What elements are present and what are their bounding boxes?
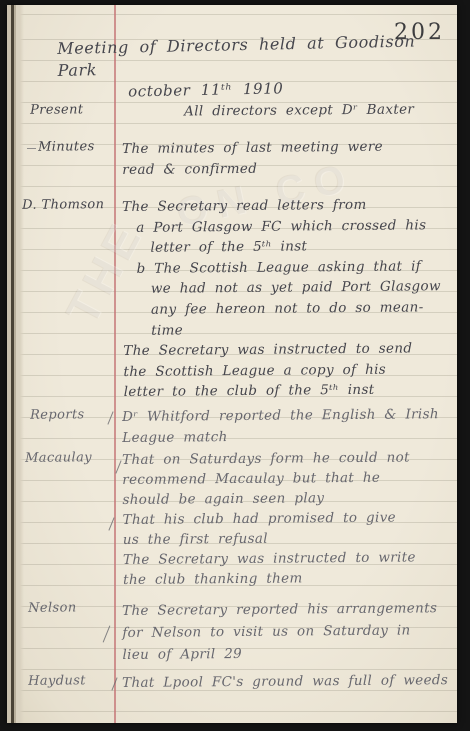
handwritten-line: for Nelson to visit us on Saturday in (122, 619, 454, 644)
minute-book-photo: THE ON CO 202 Meeting of Directors held … (0, 0, 470, 731)
margin-label: Reports (30, 407, 85, 422)
margin-label: Nelson (28, 600, 77, 615)
handwritten-line: The Secretary was instructed to write (123, 547, 455, 570)
handwritten-line: The Secretary reported his arrangements (122, 597, 454, 622)
handwritten-line: any fee hereon not to do so mean- (123, 297, 455, 320)
minute-entry-present: Present All directors except Dʳ Baxter (7, 99, 457, 124)
handwritten-line: read & confirmed (122, 157, 454, 181)
handwritten-line: letter of the 5ᵗʰ inst (122, 235, 454, 258)
margin-label: Minutes (38, 139, 95, 154)
minute-entry-haydust: Haydust That Lpool FC's ground was full … (7, 670, 457, 695)
entry-body: Dʳ Whitford reported the English & Irish… (122, 404, 454, 449)
minute-entry-minutes: Minutes The minutes of last meeting were… (7, 136, 457, 182)
handwritten-line: Dʳ Whitford reported the English & Irish (122, 404, 454, 428)
handwritten-line: letter to the club of the 5ᵗʰ inst (124, 379, 456, 402)
margin-label: Macaulay (25, 450, 92, 466)
minute-entry-reports: Reports Dʳ Whitford reported the English… (7, 404, 457, 450)
meeting-heading: Meeting of Directors held at Goodison Pa… (57, 30, 458, 104)
entry-body: The minutes of last meeting wereread & c… (122, 136, 454, 181)
margin-label: Haydust (28, 673, 86, 689)
entry-body: The Secretary read letters froma Port Gl… (122, 194, 456, 403)
minute-entry-macaulay: Macaulay That on Saturdays form he could… (7, 447, 458, 591)
margin-label: D. Thomson (22, 197, 104, 213)
handwritten-line: That on Saturdays form he could not (122, 447, 454, 470)
handwritten-line: a Port Glasgow FC which crossed his (122, 215, 454, 238)
handwritten-line: time (123, 318, 455, 341)
entry-body: The Secretary reported his arrangementsf… (122, 597, 455, 666)
handwritten-line: League match (122, 425, 454, 449)
handwritten-line: The minutes of last meeting were (122, 136, 454, 160)
handwritten-line: All directors except Dʳ Baxter (122, 99, 454, 123)
handwritten-line: the Scottish League a copy of his (123, 359, 455, 382)
entry-body: That Lpool FC's ground was full of weeds (122, 670, 454, 694)
handwritten-line: The Secretary read letters from (122, 194, 454, 217)
margin-label: Present (30, 102, 84, 117)
entry-body: All directors except Dʳ Baxter (122, 99, 454, 123)
minute-entry-d-thomson: D. Thomson The Secretary read letters fr… (7, 194, 459, 404)
handwritten-line: b The Scottish League asking that if (123, 256, 455, 279)
entry-body: That on Saturdays form he could notrecom… (122, 447, 455, 590)
minute-book-page: THE ON CO 202 Meeting of Directors held … (7, 5, 457, 723)
handwritten-line: the club thanking them (123, 567, 455, 590)
handwritten-line: lieu of April 29 (122, 641, 454, 666)
minute-entry-nelson: Nelson The Secretary reported his arrang… (7, 597, 458, 667)
handwritten-line: we had not as yet paid Port Glasgow (123, 276, 455, 299)
handwritten-line: The Secretary was instructed to send (123, 338, 455, 361)
pencil-dash (27, 148, 36, 149)
handwritten-line: That Lpool FC's ground was full of weeds (122, 670, 454, 694)
